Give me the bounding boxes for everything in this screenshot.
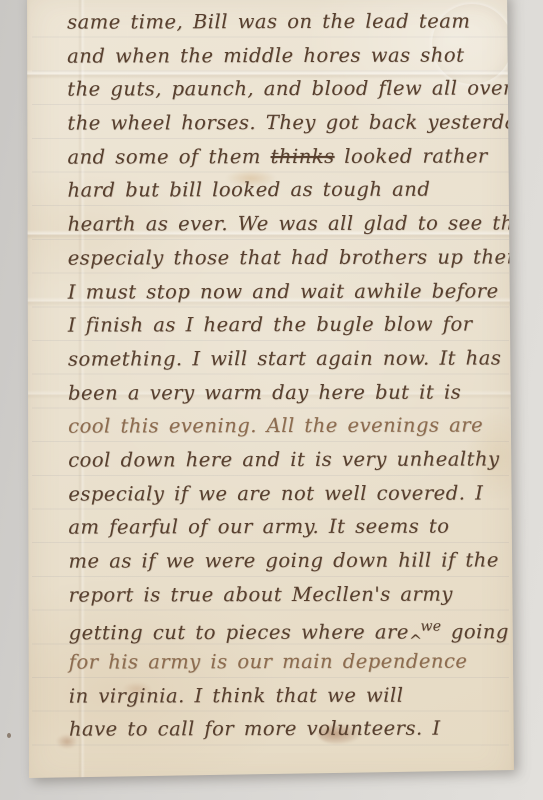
- letter-line: been a very warm day here but it is: [68, 375, 511, 410]
- letter-line: for his army is our main dependence: [69, 644, 512, 679]
- handwritten-text: cool this evening. All the evenings are: [68, 414, 483, 438]
- handwritten-text: am fearful of our army. It seems to: [68, 515, 449, 539]
- handwritten-text: for his army is our main dependence: [69, 650, 468, 674]
- letter-page-wrap: same time, Bill was on the lead teamand …: [0, 0, 543, 800]
- handwritten-text: the wheel horses. They got back yesterda…: [67, 110, 528, 134]
- letter-line: and some of them thinks looked rather: [67, 139, 510, 174]
- letter-line: I must stop now and wait awhile before: [68, 274, 511, 309]
- letter-line: especialy those that had brothers up the…: [68, 240, 511, 275]
- letter-line: especialy if we are not well covered. I: [68, 476, 511, 511]
- handwritten-text: cool down here and it is very unhealthy: [68, 447, 499, 471]
- handwritten-text: and some of them: [67, 145, 270, 169]
- letter-line: I finish as I heard the bugle blow for: [68, 308, 511, 343]
- letter-line: and when the middle hores was shot: [67, 38, 510, 73]
- letter-line: report is true about Mecllen's army: [69, 577, 512, 612]
- handwritten-text: in virginia. I think that we will: [69, 683, 404, 707]
- letter-line: have to call for more volunteers. I: [69, 712, 512, 747]
- letter-line: hard but bill looked as tough and: [67, 173, 510, 208]
- handwritten-text: getting cut to pieces where are: [69, 621, 409, 645]
- scan-backdrop: same time, Bill was on the lead teamand …: [0, 0, 543, 800]
- handwritten-text: hard but bill looked as tough and: [67, 178, 430, 202]
- handwritten-text: same time, Bill was on the lead team: [67, 10, 470, 34]
- handwritten-text: report is true about Mecllen's army: [69, 582, 453, 606]
- inserted-word-above-line: we: [420, 619, 441, 635]
- handwritten-text: going to: [441, 620, 539, 643]
- letter-line: am fearful of our army. It seems to: [68, 510, 511, 545]
- letter-page: same time, Bill was on the lead teamand …: [26, 0, 515, 786]
- handwritten-text: and when the middle hores was shot: [67, 43, 464, 67]
- handwritten-text: me as if we were going down hill if the: [68, 548, 498, 572]
- handwritten-text: I finish as I heard the bugle blow for: [68, 313, 473, 337]
- letter-line: same time, Bill was on the lead team: [67, 4, 510, 39]
- letter-line: getting cut to pieces where are^we going…: [69, 611, 512, 646]
- letter-line: hearth as ever. We was all glad to see t…: [68, 207, 511, 242]
- handwritten-text: been a very warm day here but it is: [68, 380, 461, 404]
- handwritten-text: hearth as ever. We was all glad to see t…: [68, 211, 543, 235]
- handwritten-text: looked rather: [335, 144, 488, 167]
- letter-line: me as if we were going down hill if the: [68, 543, 511, 578]
- strikethrough-word: thinks: [271, 145, 335, 168]
- handwritten-text: especialy if we are not well covered. I: [68, 481, 483, 505]
- letter-line: cool this evening. All the evenings are: [68, 409, 511, 444]
- handwritten-text: especialy those that had brothers up the…: [68, 245, 529, 269]
- letter-line: in virginia. I think that we will: [69, 678, 512, 713]
- letter-line: the guts, paunch, and blood flew all ove…: [67, 72, 510, 107]
- handwritten-text: have to call for more volunteers. I: [69, 717, 441, 741]
- handwritten-text: the guts, paunch, and blood flew all ove…: [67, 77, 513, 101]
- letter-line: the wheel horses. They got back yesterda…: [67, 105, 510, 140]
- handwritten-text: something. I will start again now. It ha…: [68, 346, 501, 370]
- handwritten-text: I must stop now and wait awhile before: [68, 279, 499, 303]
- letter-line: something. I will start again now. It ha…: [68, 341, 511, 376]
- letter-line: cool down here and it is very unhealthy: [68, 442, 511, 477]
- letter-text: same time, Bill was on the lead teamand …: [67, 4, 512, 746]
